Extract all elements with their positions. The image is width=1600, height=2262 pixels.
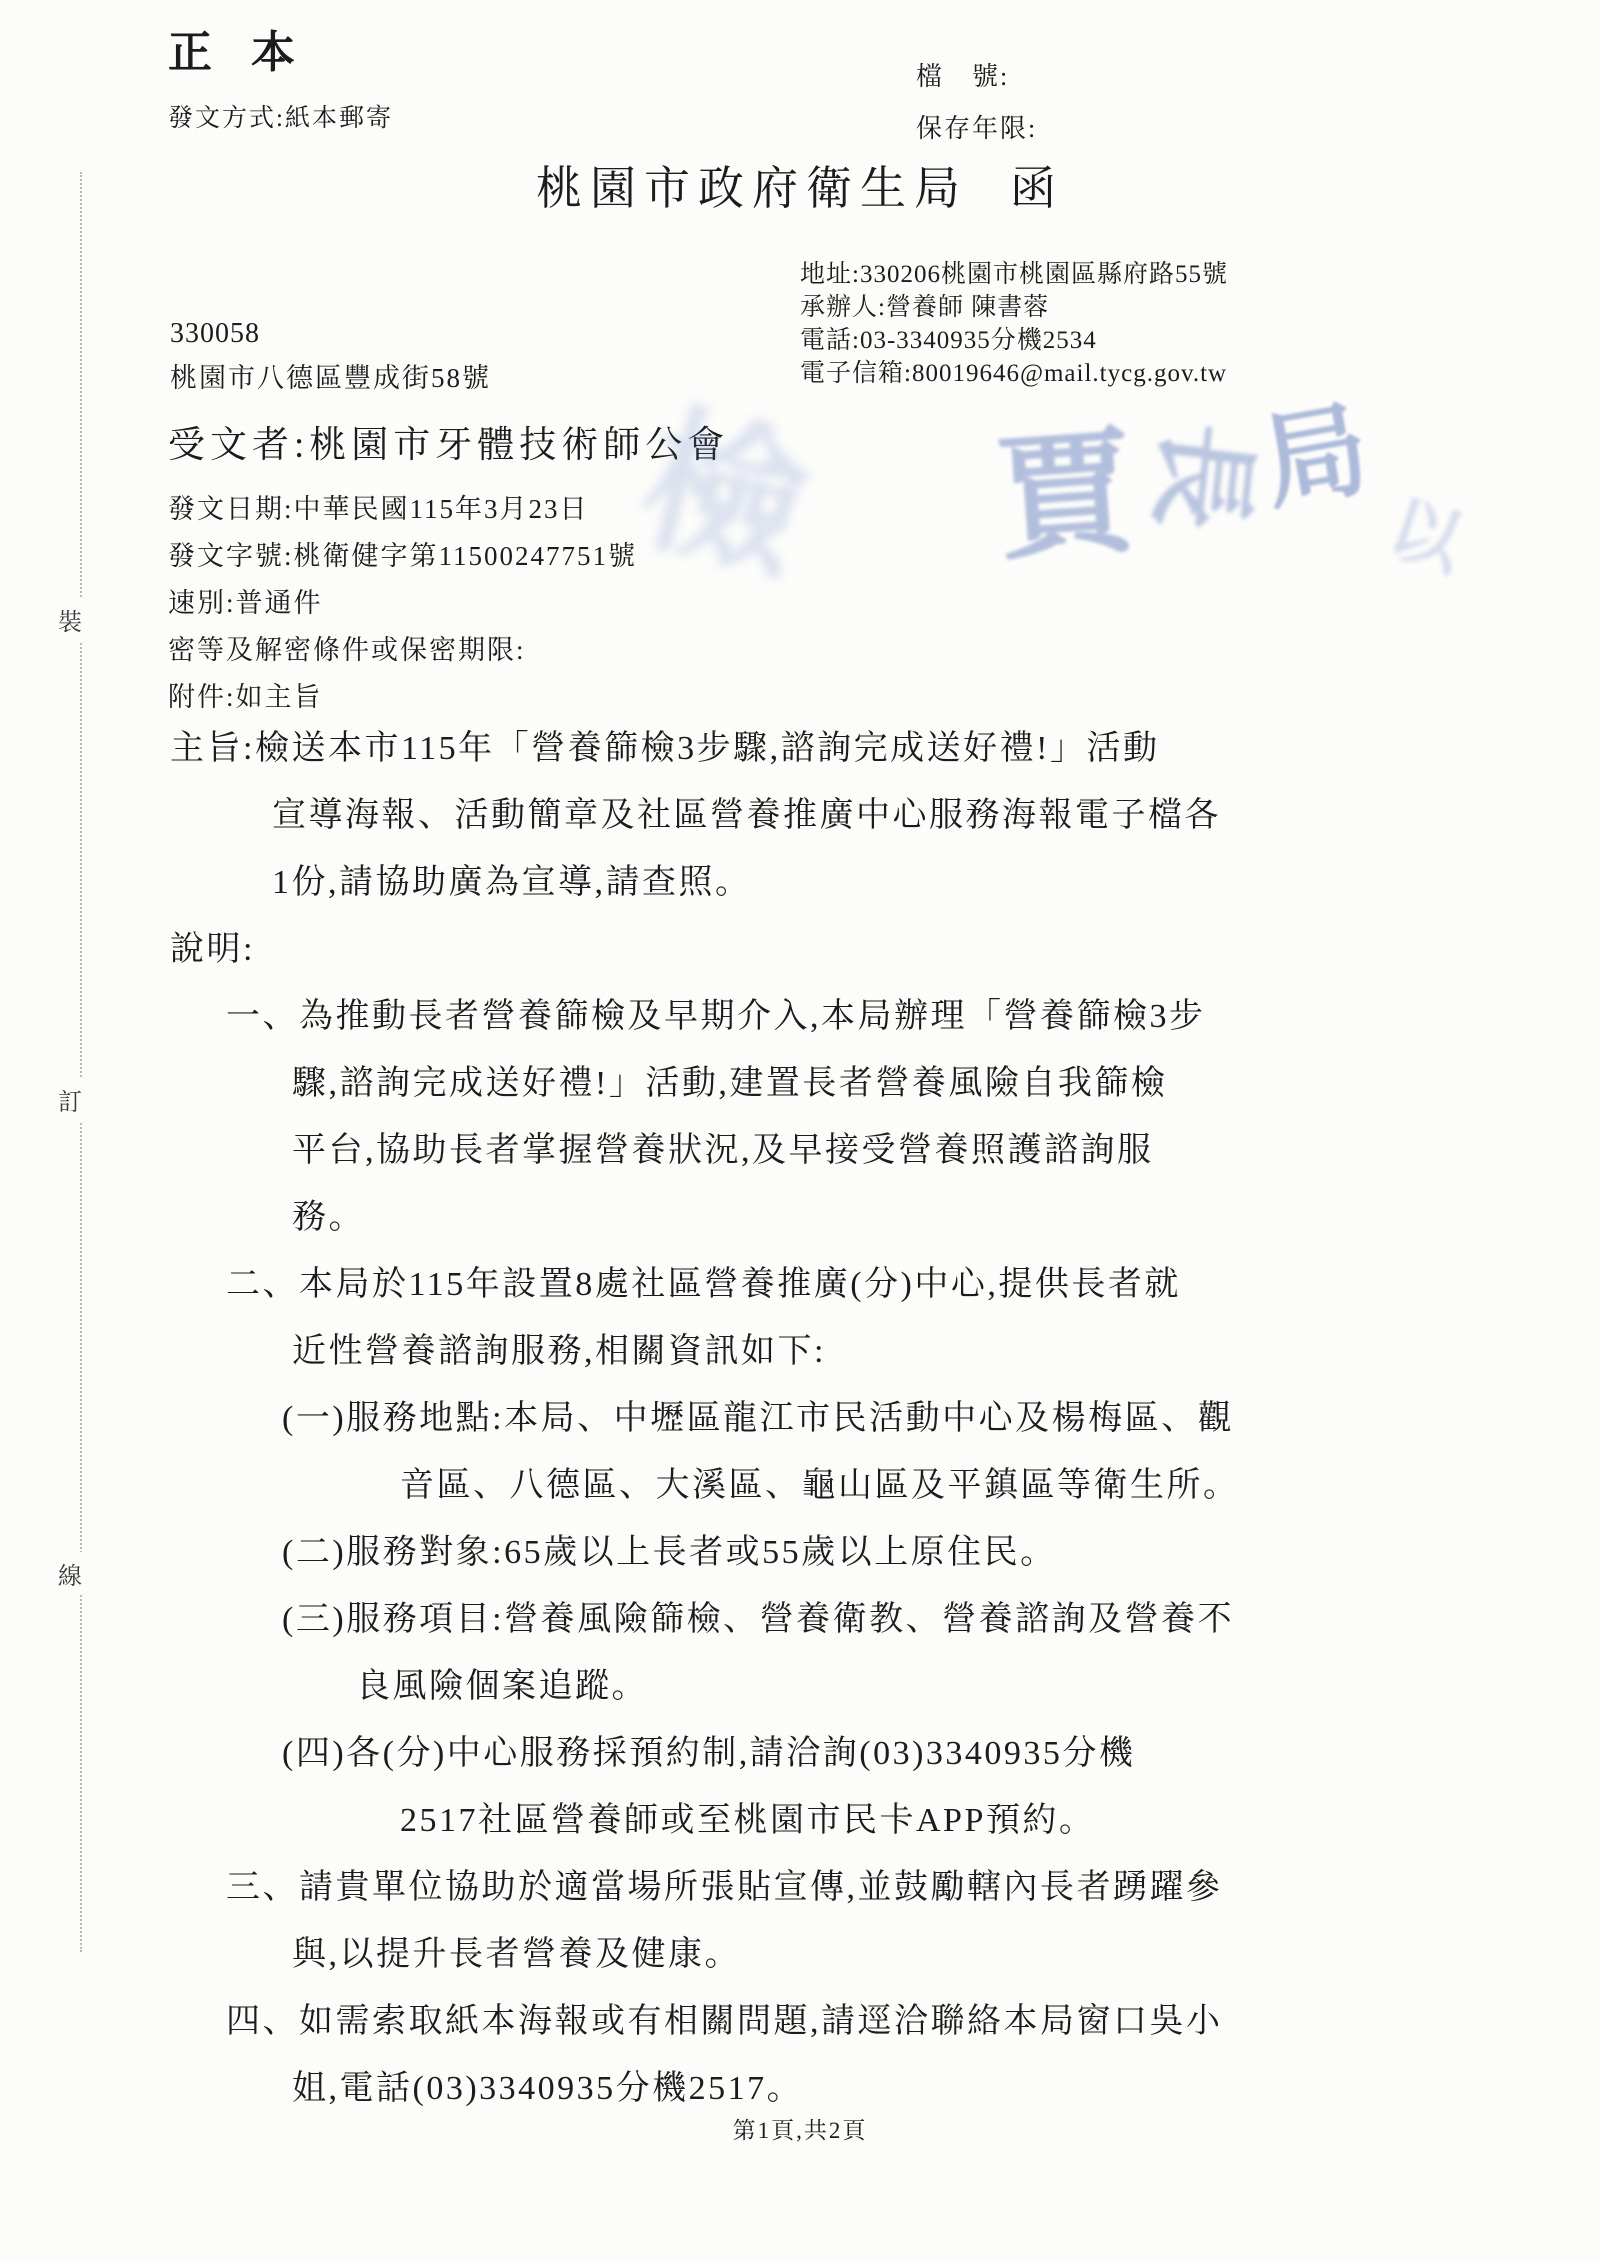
body-line: 主旨:檢送本市115年「營養篩檢3步驟,諮詢完成送好禮!」活動 <box>170 715 1410 782</box>
copy-type-label: 正 本 <box>168 16 309 80</box>
body-line: 與,以提升長者營養及健康。 <box>170 1921 1410 1988</box>
body-line: 2517社區營養師或至桃園市民卡APP預約。 <box>170 1787 1410 1854</box>
body-line: 四、如需索取紙本海報或有相關問題,請逕洽聯絡本局窗口吳小 <box>170 1988 1410 2055</box>
body-line: 1份,請協助廣為宣導,請查照。 <box>170 849 1410 916</box>
security-class: 密等及解密條件或保密期限: <box>168 627 637 674</box>
body-line: (二)服務對象:65歲以上長者或55歲以上原住民。 <box>170 1519 1410 1586</box>
body-line: 說明: <box>170 916 1410 983</box>
recipient-zip: 330058 <box>170 318 260 350</box>
body-line: 一、為推動長者營養篩檢及早期介入,本局辦理「營養篩檢3步 <box>170 983 1410 1050</box>
issuing-agency: 桃園市政府衛生局 <box>536 163 968 214</box>
retention-period-label: 保存年限: <box>916 108 1037 145</box>
document-type: 函 <box>1010 163 1064 214</box>
document-meta-block: 發文日期:中華民國115年3月23日 發文字號:桃衛健字第11500247751… <box>168 486 637 721</box>
binding-mark-zhuang: 裝 <box>58 598 82 641</box>
binding-dotted-line <box>80 172 82 1952</box>
sender-contact-block: 地址:330206桃園市桃園區縣府路55號 承辦人:營養師 陳書蓉 電話:03-… <box>800 258 1228 390</box>
sender-contact-person: 承辦人:營養師 陳書蓉 <box>800 291 1228 324</box>
body-line: 宣導海報、活動簡章及社區營養推廣中心服務海報電子檔各 <box>170 782 1410 849</box>
delivery-method: 發文方式:紙本郵寄 <box>168 98 393 134</box>
sender-email: 電子信箱:80019646@mail.tycg.gov.tw <box>800 357 1228 390</box>
sender-address: 地址:330206桃園市桃園區縣府路55號 <box>800 258 1228 291</box>
body-block: 主旨:檢送本市115年「營養篩檢3步驟,諮詢完成送好禮!」活動宣導海報、活動簡章… <box>170 715 1410 2122</box>
body-line: 務。 <box>170 1184 1410 1251</box>
body-line: 音區、八德區、大溪區、龜山區及平鎮區等衛生所。 <box>170 1452 1410 1519</box>
body-line: 平台,協助長者掌握營養狀況,及早接受營養照護諮詢服 <box>170 1117 1410 1184</box>
body-line: 三、請貴單位協助於適當場所張貼宣傳,並鼓勵轄內長者踴躍參 <box>170 1854 1410 1921</box>
blue-stamp-char-1: 賈 <box>989 381 1138 586</box>
body-line: 良風險個案追蹤。 <box>170 1653 1410 1720</box>
body-line: 驟,諮詢完成送好禮!」活動,建置長者營養風險自我篩檢 <box>170 1050 1410 1117</box>
page-number-footer: 第1頁,共2頁 <box>0 2112 1600 2145</box>
speed-class: 速別:普通件 <box>168 580 637 627</box>
attachment-note: 附件:如主旨 <box>168 674 637 721</box>
issue-date: 發文日期:中華民國115年3月23日 <box>168 486 637 533</box>
recipient-line: 受文者:桃園市牙體技術師公會 <box>168 414 729 468</box>
body-line: (一)服務地點:本局、中壢區龍江市民活動中心及楊梅區、觀 <box>170 1385 1410 1452</box>
file-number-label: 檔 號: <box>916 56 1009 93</box>
document-title: 桃園市政府衛生局函 <box>0 152 1600 218</box>
body-line: (三)服務項目:營養風險篩檢、營養衛教、營養諮詢及營養不 <box>170 1586 1410 1653</box>
binding-mark-xian: 線 <box>58 1552 82 1595</box>
body-line: 二、本局於115年設置8處社區營養推廣(分)中心,提供長者就 <box>170 1251 1410 1318</box>
binding-mark-ding: 訂 <box>58 1078 82 1121</box>
blue-ink-mark: 以 <box>1378 469 1479 590</box>
body-line: (四)各(分)中心服務採預約制,請洽詢(03)3340935分機 <box>170 1720 1410 1787</box>
sender-phone: 電話:03-3340935分機2534 <box>800 324 1228 357</box>
recipient-street: 桃園市八德區豐成街58號 <box>170 356 491 395</box>
issue-number: 發文字號:桃衛健字第11500247751號 <box>168 533 637 580</box>
body-line: 近性營養諮詢服務,相關資訊如下: <box>170 1318 1410 1385</box>
blue-stamp-smudge: 檢 <box>623 350 834 612</box>
scanned-official-letter: 正 本 檔 號: 保存年限: 發文方式:紙本郵寄 桃園市政府衛生局函 地址:33… <box>0 0 1600 2262</box>
